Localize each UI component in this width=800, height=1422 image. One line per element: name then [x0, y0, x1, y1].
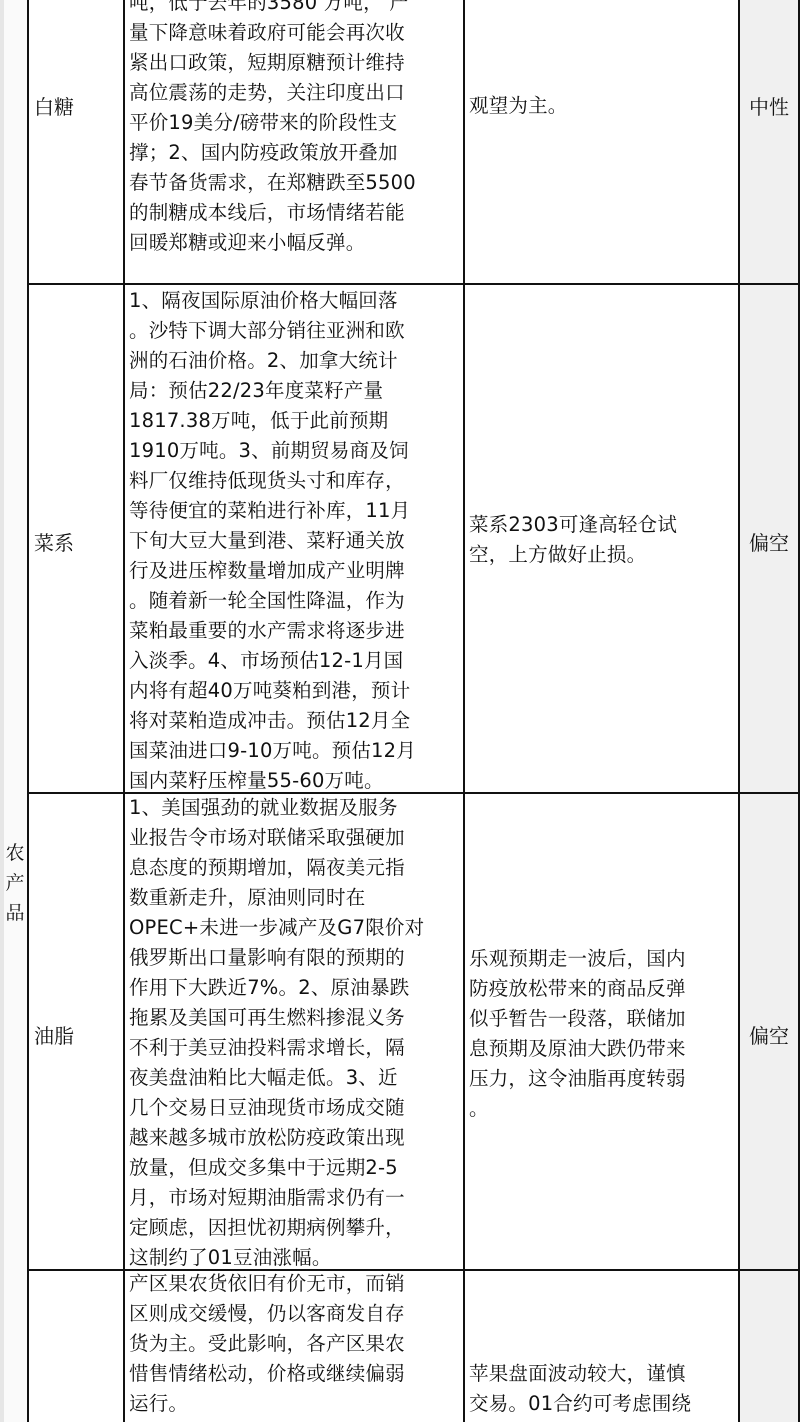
analysis-line: 国菜油进口9-10万吨。预估12月 — [129, 736, 463, 766]
analysis-line: 业报告令市场对联储采取强硬加 — [129, 823, 463, 853]
analysis-line: 局：预估22/23年度菜籽产量 — [129, 376, 463, 406]
category-char: 农 — [3, 838, 27, 868]
commodity-outlook-table: 农 产 品 白糖 吨，低于去年的3580 万吨， 产 量下降意味着政府可能会再次… — [0, 0, 800, 1422]
strategy-line: 观望为主。 — [469, 91, 738, 121]
commodity-name-rapeseed: 菜系 — [29, 527, 123, 556]
strategy-line: 似乎暂告一段落，联储加 — [469, 1004, 738, 1034]
strategy-line: 压力，这令油脂再度转弱 — [469, 1064, 738, 1094]
strategy-line: 乐观预期走一波后，国内 — [469, 944, 738, 974]
grid-hline — [27, 283, 800, 285]
analysis-line: 惜售情绪松动，价格或继续偏弱 — [129, 1359, 463, 1389]
analysis-line: 1817.38万吨，低于此前预期 — [129, 406, 463, 436]
analysis-line: 夜美盘油粕比大幅走低。3、近 — [129, 1063, 463, 1093]
analysis-line: 货为主。受此影响，各产区果农 — [129, 1329, 463, 1359]
analysis-line: 1、隔夜国际原油价格大幅回落 — [129, 286, 463, 316]
analysis-cell-sugar: 吨，低于去年的3580 万吨， 产 量下降意味着政府可能会再次收 紧出口政策，短… — [125, 0, 463, 258]
analysis-line: 春节备货需求，在郑糖跌至5500 — [129, 168, 463, 198]
analysis-line: OPEC+未进一步减产及G7限价对 — [129, 913, 463, 943]
strategy-line: 交易。01合约可考虑围绕 — [469, 1389, 738, 1419]
analysis-line: 放量，但成交多集中于远期2-5 — [129, 1153, 463, 1183]
analysis-line: 量下降意味着政府可能会再次收 — [129, 18, 463, 48]
strategy-cell-apple: 苹果盘面波动较大，谨慎 交易。01合约可考虑围绕 — [465, 1359, 738, 1419]
strategy-line: 空，上方做好止损。 — [469, 540, 738, 570]
analysis-line: 的制糖成本线后，市场情绪若能 — [129, 198, 463, 228]
analysis-cell-rapeseed: 1、隔夜国际原油价格大幅回落 。沙特下调大部分销往亚洲和欧 洲的石油价格。2、加… — [125, 286, 463, 796]
analysis-line: 月，市场对短期油脂需求仍有一 — [129, 1183, 463, 1213]
analysis-line: 越来越多城市放松防疫政策出现 — [129, 1123, 463, 1153]
analysis-line: 洲的石油价格。2、加拿大统计 — [129, 346, 463, 376]
analysis-line: 撑；2、国内防疫政策放开叠加 — [129, 138, 463, 168]
grid-vline — [463, 0, 465, 1422]
analysis-cell-oils: 1、美国强劲的就业数据及服务 业报告令市场对联储采取强硬加 息态度的预期增加，隔… — [125, 793, 463, 1273]
analysis-line: 1910万吨。3、前期贸易商及饲 — [129, 436, 463, 466]
commodity-name-oils: 油脂 — [29, 1020, 123, 1049]
strategy-line: 苹果盘面波动较大，谨慎 — [469, 1359, 738, 1389]
analysis-line: 。沙特下调大部分销往亚洲和欧 — [129, 316, 463, 346]
strategy-cell-rapeseed: 菜系2303可逢高轻仓试 空，上方做好止损。 — [465, 510, 738, 570]
analysis-line: 定顾虑，因担忧初期病例攀升， — [129, 1213, 463, 1243]
analysis-line: 将对菜粕造成冲击。预估12月全 — [129, 706, 463, 736]
analysis-line: 高位震荡的走势，关注印度出口 — [129, 78, 463, 108]
analysis-line: 。随着新一轮全国性降温，作为 — [129, 586, 463, 616]
rating-badge-oils: 偏空 — [740, 1020, 798, 1049]
analysis-line: 拖累及美国可再生燃料掺混义务 — [129, 1003, 463, 1033]
category-char: 品 — [3, 898, 27, 928]
analysis-cell-apple: 产区果农货依旧有价无市，而销 区则成交缓慢，仍以客商发自存 货为主。受此影响，各… — [125, 1269, 463, 1419]
analysis-line: 料厂仅维持低现货头寸和库存， — [129, 466, 463, 496]
analysis-line: 作用下大跌近7%。2、原油暴跌 — [129, 973, 463, 1003]
rating-badge-sugar: 中性 — [740, 91, 798, 120]
strategy-line: 息预期及原油大跌仍带来 — [469, 1034, 738, 1064]
category-label: 农 产 品 — [3, 838, 27, 928]
analysis-line: 息态度的预期增加，隔夜美元指 — [129, 853, 463, 883]
analysis-line: 等待便宜的菜粕进行补库，11月 — [129, 496, 463, 526]
analysis-line: 1、美国强劲的就业数据及服务 — [129, 793, 463, 823]
analysis-line: 国内菜籽压榨量55-60万吨。 — [129, 766, 463, 796]
strategy-cell-oils: 乐观预期走一波后，国内 防疫放松带来的商品反弹 似乎暂告一段落，联储加 息预期及… — [465, 944, 738, 1124]
analysis-line: 下旬大豆大量到港、菜籽通关放 — [129, 526, 463, 556]
analysis-line: 数重新走升，原油则同时在 — [129, 883, 463, 913]
rating-column-background — [739, 0, 798, 1422]
analysis-line: 区则成交缓慢，仍以客商发自存 — [129, 1299, 463, 1329]
strategy-line: 防疫放松带来的商品反弹 — [469, 974, 738, 1004]
strategy-line: 。 — [469, 1094, 738, 1124]
strategy-cell-sugar: 观望为主。 — [465, 91, 738, 121]
rating-badge-rapeseed: 偏空 — [740, 527, 798, 556]
analysis-line: 回暖郑糖或迎来小幅反弹。 — [129, 228, 463, 258]
analysis-line: 运行。 — [129, 1389, 463, 1419]
category-char: 产 — [3, 868, 27, 898]
analysis-line: 几个交易日豆油现货市场成交随 — [129, 1093, 463, 1123]
analysis-line: 内将有超40万吨葵粕到港，预计 — [129, 676, 463, 706]
strategy-line: 菜系2303可逢高轻仓试 — [469, 510, 738, 540]
grid-vline — [738, 0, 740, 1422]
analysis-line: 俄罗斯出口量影响有限的预期的 — [129, 943, 463, 973]
analysis-line: 菜粕最重要的水产需求将逐步进 — [129, 616, 463, 646]
analysis-line: 产区果农货依旧有价无市，而销 — [129, 1269, 463, 1299]
analysis-line: 不利于美豆油投料需求增长，隔 — [129, 1033, 463, 1063]
analysis-line: 吨，低于去年的3580 万吨， 产 — [129, 0, 463, 18]
category-column — [4, 0, 27, 1422]
analysis-line: 入淡季。4、市场预估12-1月国 — [129, 646, 463, 676]
analysis-line: 行及进压榨数量增加成产业明牌 — [129, 556, 463, 586]
analysis-line: 紧出口政策，短期原糖预计维持 — [129, 48, 463, 78]
grid-vline — [27, 0, 29, 1422]
analysis-line: 平价19美分/磅带来的阶段性支 — [129, 108, 463, 138]
commodity-name-sugar: 白糖 — [29, 91, 123, 120]
